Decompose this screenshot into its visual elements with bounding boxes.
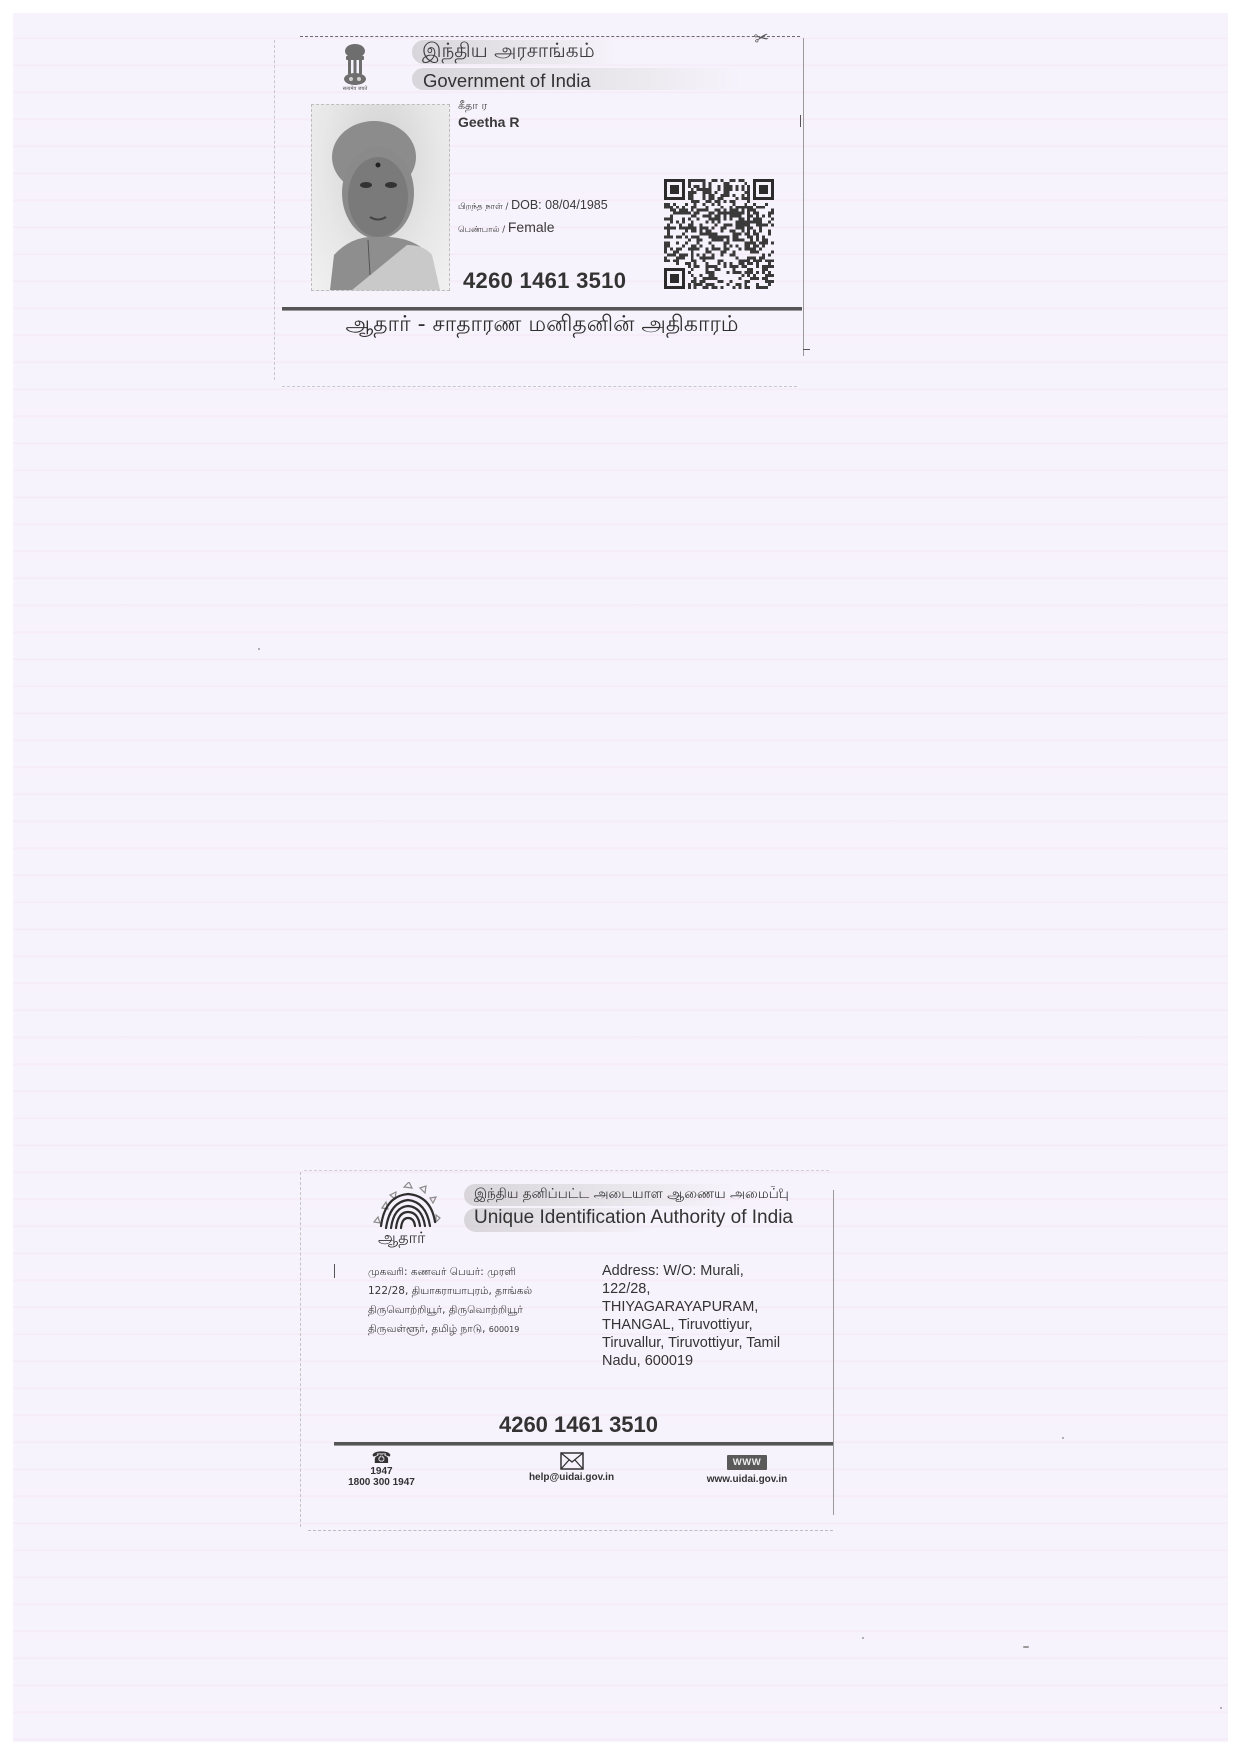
helpline: ☎ 1947 1800 300 1947 [344, 1452, 419, 1488]
address-tamil-line: திருவள்ளூர், தமிழ் நாடு, 600019 [368, 1320, 532, 1339]
edge-mark [803, 349, 810, 350]
card-edge [308, 1530, 833, 1531]
date-of-birth: பிறந்த நாள் / DOB: 08/04/1985 [458, 198, 608, 213]
aadhaar-card-back: ஆதார் இந்திய தனிப்பட்ட அடையாள ஆணைய அமைப்… [296, 1162, 841, 1537]
address-english-line: Address: W/O: Murali, [602, 1262, 780, 1280]
address-tamil-line: முகவரி: கணவர் பெயர்: முரளி [368, 1263, 532, 1282]
divider [334, 1442, 833, 1446]
card-edge [300, 1172, 301, 1527]
edge-mark [800, 115, 801, 127]
national-emblem-icon [340, 42, 370, 90]
envelope-icon [560, 1452, 584, 1470]
scan-speck [862, 1637, 864, 1639]
aadhaar-number: 4260 1461 3510 [463, 268, 626, 294]
website-url[interactable]: www.uidai.gov.in [701, 1474, 793, 1485]
address-english: Address: W/O: Murali, 122/28, THIYAGARAY… [602, 1262, 780, 1370]
dob-label: DOB: [511, 198, 545, 212]
name-tamil: கீதா ர [458, 99, 487, 114]
address-english-line: THANGAL, Tiruvottiyur, [602, 1316, 780, 1334]
address-english-line: THIYAGARAYAPURAM, [602, 1298, 780, 1316]
scan-mark: ⁻ ₒ [770, 1182, 783, 1195]
edge-mark [334, 1264, 335, 1278]
pin-code: 600019 [489, 1325, 520, 1334]
cut-line [300, 36, 800, 37]
card-edge [304, 1170, 829, 1171]
scissors-icon: ✂ [752, 27, 771, 50]
telephone-icon: ☎ [344, 1452, 419, 1466]
address-english-line: Nadu, 600019 [602, 1352, 780, 1370]
email-contact: help@uidai.gov.in [524, 1452, 619, 1483]
header-english: Unique Identification Authority of India [474, 1207, 793, 1229]
emblem-caption: सत्यमेव जयते [332, 86, 378, 92]
aadhaar-number: 4260 1461 3510 [296, 1412, 841, 1438]
divider [282, 307, 802, 311]
dob-value: 08/04/1985 [545, 198, 608, 212]
gender: பெண்பால் / Female [458, 219, 555, 236]
aadhaar-fingerprint-sun-logo [368, 1182, 448, 1232]
helpline-number: 1800 300 1947 [344, 1477, 419, 1488]
helpline-short: 1947 [344, 1466, 419, 1477]
scan-speck [1220, 1707, 1222, 1709]
header-tamil: இந்திய அரசாங்கம் [422, 38, 595, 65]
card-edge [803, 38, 804, 356]
address-tamil-line: 122/28, தியாகராயாபுரம், தாங்கல் [368, 1282, 532, 1301]
name-english: Geetha R [458, 114, 519, 130]
header-english: Government of India [423, 70, 591, 92]
gender-label-tamil: பெண்பால் / [458, 225, 508, 235]
aadhaar-logo-text: ஆதார் [378, 1228, 425, 1249]
aadhaar-card-front: ✂ सत्यमेव जयते இந்திய அரசாங்கம் Governme… [272, 30, 807, 390]
address-tamil-line: திருவொற்றியூர், திருவொற்றியூர் [368, 1301, 532, 1320]
card-edge [282, 386, 797, 387]
scan-speck [258, 648, 260, 650]
scan-speck [1062, 1437, 1064, 1439]
tagline: ஆதார் - சாதாரண மனிதனின் அதிகாரம் [282, 312, 802, 340]
cardholder-photo [311, 104, 450, 291]
email-address[interactable]: help@uidai.gov.in [524, 1472, 619, 1483]
website-contact: WWW www.uidai.gov.in [701, 1452, 793, 1485]
address-english-line: Tiruvallur, Tiruvottiyur, Tamil [602, 1334, 780, 1352]
card-edge [833, 1190, 834, 1515]
dob-label-tamil: பிறந்த நாள் / [458, 202, 511, 212]
address-english-line: 122/28, [602, 1280, 780, 1298]
card-edge [274, 40, 275, 380]
gender-value: Female [508, 219, 555, 235]
header-tamil: இந்திய தனிப்பட்ட அடையாள ஆணைய அமைப்பு [474, 1186, 789, 1204]
address-tamil: முகவரி: கணவர் பெயர்: முரளி 122/28, தியாக… [368, 1263, 532, 1339]
qr-code-icon [664, 179, 774, 289]
scan-speck [1023, 1646, 1029, 1648]
www-icon: WWW [727, 1455, 767, 1470]
